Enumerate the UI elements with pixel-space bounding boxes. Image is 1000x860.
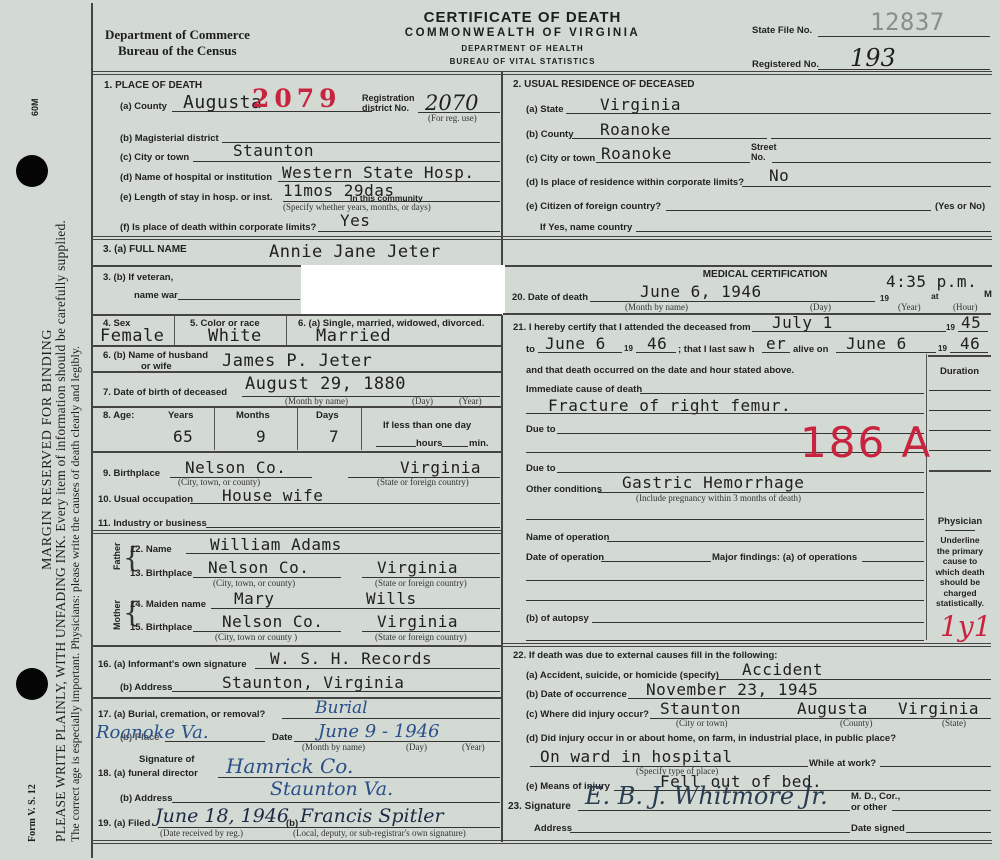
duration-top <box>928 355 991 357</box>
certificate-title: CERTIFICATE OF DEATH <box>370 9 675 26</box>
years-label: Years <box>168 410 193 421</box>
age-months-field[interactable]: 9 <box>256 427 266 446</box>
birthplace-label: 9. Birthplace <box>103 468 160 479</box>
attended-to-year[interactable]: 46 <box>647 334 667 353</box>
alive-on-label: alive on <box>793 344 828 355</box>
filed-date-field[interactable]: June 18, 1946 <box>155 805 289 827</box>
place-type-field[interactable]: On ward in hospital <box>540 747 733 766</box>
res-city-label: (c) City or town <box>526 153 595 164</box>
sep-race <box>286 315 287 345</box>
certifier-signature-field[interactable]: E. B. J. Whitmore Jr. <box>585 782 828 810</box>
mother-maiden-label: 14. Maiden name <box>130 599 206 610</box>
father-bp-city-field[interactable]: Nelson Co. <box>208 558 309 577</box>
certifier-signature-label: 23. Signature <box>508 801 571 812</box>
mother-tag: Mother <box>112 600 122 630</box>
father-name-label: 12. Name <box>130 544 172 555</box>
reg-district-field[interactable]: 2070 <box>425 91 478 115</box>
occupation-field[interactable]: House wife <box>222 486 323 505</box>
mother-bp-state-field[interactable]: Virginia <box>377 612 458 631</box>
column-divider <box>501 72 503 842</box>
last-seen-field[interactable]: June 6 <box>846 334 907 353</box>
year-note: (Year) <box>898 302 921 312</box>
informant-address-label: (b) Address <box>120 682 172 693</box>
injury-city-note: (City or town) <box>676 718 728 728</box>
injury-city-field[interactable]: Staunton <box>660 699 741 718</box>
dept-commerce: Department of Commerce <box>105 27 250 43</box>
min-label: min. <box>469 438 489 449</box>
certify-label: 21. I hereby certify that I attended the… <box>513 322 751 333</box>
month-note: (Month by name) <box>625 302 688 312</box>
death-city-field[interactable]: Staunton <box>233 141 314 160</box>
res-county-label: (b) County <box>526 129 574 140</box>
mother-last-field[interactable]: Wills <box>366 589 417 608</box>
industry-label: 11. Industry or business <box>98 518 207 529</box>
day-note: (Day) <box>810 302 831 312</box>
registered-number: 193 <box>850 44 896 72</box>
res-corporate-field[interactable]: No <box>769 166 789 185</box>
filed-label: 19. (a) Filed <box>98 818 150 829</box>
attended-to-field[interactable]: June 6 <box>545 334 606 353</box>
burial-type-label: 17. (a) Burial, cremation, or removal? <box>98 709 265 720</box>
divider-645 <box>92 645 502 647</box>
print-code: 60M <box>30 98 40 116</box>
burial-day-note: (Day) <box>406 742 427 752</box>
dob-label: 7. Date of birth of deceased <box>103 387 227 398</box>
injury-state-field[interactable]: Virginia <box>898 699 979 718</box>
citizen-label: (e) Citizen of foreign country? <box>526 201 661 212</box>
bottom-border <box>92 840 992 844</box>
funeral-director-field[interactable]: Hamrick Co. <box>226 754 353 778</box>
to-label: to <box>526 344 535 355</box>
funeral-director-label: 18. (a) funeral director <box>98 768 198 779</box>
burial-place-field[interactable]: Roanoke Va. <box>96 722 209 743</box>
redacted-area <box>301 265 505 315</box>
occurred-label: and that death occurred on the date and … <box>526 365 794 376</box>
injury-county-note: (County) <box>840 718 873 728</box>
instruction-line-1: PLEASE WRITE PLAINLY, WITH UNFADING INK.… <box>53 220 69 842</box>
m-label: M <box>984 289 992 300</box>
res-state-field[interactable]: Virginia <box>600 95 681 114</box>
physician-label: Physician <box>928 516 992 527</box>
father-name-field[interactable]: William Adams <box>210 535 342 554</box>
informant-label: 16. (a) Informant's own signature <box>98 659 246 670</box>
sep-days <box>361 408 362 450</box>
age-years-field[interactable]: 65 <box>173 427 193 446</box>
mother-first-field[interactable]: Mary <box>234 589 275 608</box>
city-label: (c) City or town <box>120 152 189 163</box>
attended-from-field[interactable]: July 1 <box>772 313 833 332</box>
burial-date-label: Date <box>272 732 293 743</box>
to-19: 19 <box>624 344 633 353</box>
birthplace-city-field[interactable]: Nelson Co. <box>185 458 286 477</box>
months-label: Months <box>236 410 270 421</box>
divider-697 <box>92 697 502 699</box>
attended-from-year[interactable]: 45 <box>961 313 981 332</box>
hospital-label: (d) Name of hospital or institution <box>120 172 272 183</box>
funeral-address-label: (b) Address <box>120 793 172 804</box>
dob-day-note: (Day) <box>412 396 433 406</box>
underline-note: Underline the primary cause to which dea… <box>928 535 992 609</box>
divider-530 <box>92 530 502 534</box>
father-bp-label: 13. Birthplace <box>130 568 192 579</box>
divider-left-314 <box>92 314 502 316</box>
date-of-death-label: 20. Date of death <box>512 292 588 303</box>
mother-bp-label: 15. Birthplace <box>130 622 192 633</box>
punch-hole-bottom <box>16 668 48 700</box>
father-tag: Father <box>112 542 122 570</box>
physician-mark: 1y1 <box>940 610 991 643</box>
informant-field[interactable]: W. S. H. Records <box>270 649 432 668</box>
last-saw-label: ; that I last saw h <box>678 344 755 355</box>
cause-code-stamp: 186 A <box>800 418 932 467</box>
from-19: 19 <box>946 323 955 332</box>
birthplace-state-note: (State or foreign country) <box>377 477 469 487</box>
residence-heading: 2. USUAL RESIDENCE OF DECEASED <box>513 79 695 90</box>
reg-district-label: Registrationdistrict No. <box>362 93 415 113</box>
registrar-signature-field[interactable]: Francis Spitler <box>300 805 444 827</box>
war-label: name war <box>134 290 178 301</box>
res-state-label: (a) State <box>526 104 563 115</box>
veteran-label: 3. (b) If veteran, <box>103 272 173 283</box>
last-seen-year[interactable]: 46 <box>960 334 980 353</box>
magisterial-label: (b) Magisterial district <box>120 133 219 144</box>
op-date-label: Date of operation <box>526 552 604 563</box>
divider-name <box>92 265 992 267</box>
full-name-label: 3. (a) FULL NAME <box>103 244 187 255</box>
registered-label: Registered No. <box>752 59 819 70</box>
dob-year-note: (Year) <box>459 396 482 406</box>
external-causes-heading: 22. If death was due to external causes … <box>513 650 777 661</box>
burial-type-field[interactable]: Burial <box>315 698 368 718</box>
due-to-label-2: Due to <box>526 463 556 474</box>
immediate-cause-label: Immediate cause of death <box>526 384 642 395</box>
age-days-field[interactable]: 7 <box>329 427 339 446</box>
dob-month-note: (Month by name) <box>285 396 348 406</box>
department-health: DEPARTMENT OF HEALTH <box>400 44 645 53</box>
header-divider <box>92 71 992 75</box>
funeral-sig-label: Signature of <box>139 754 194 765</box>
filed-date-note: (Date received by reg.) <box>160 828 243 838</box>
spouse-label: 6. (b) Name of husbandor wife <box>103 350 208 372</box>
mother-bp-city-field[interactable]: Nelson Co. <box>222 612 323 631</box>
county-label: (a) County <box>120 101 167 112</box>
reg-use-note: (For reg. use) <box>428 113 477 123</box>
age-label: 8. Age: <box>103 410 134 421</box>
race-field[interactable]: White <box>208 326 262 346</box>
res-corporate-label: (d) Is place of residence within corpora… <box>526 177 744 188</box>
sex-field[interactable]: Female <box>100 326 164 346</box>
state-file-label: State File No. <box>752 25 812 36</box>
corporate-limits-field[interactable]: Yes <box>340 211 370 230</box>
at-work-label: While at work? <box>809 758 876 769</box>
death-certificate: MARGIN RESERVED FOR BINDING PLEASE WRITE… <box>0 0 1000 860</box>
other-conditions-field[interactable]: Gastric Hemorrhage <box>622 473 804 492</box>
father-bp-state-field[interactable]: Virginia <box>377 558 458 577</box>
country-label: If Yes, name country <box>540 222 632 233</box>
medical-cert-heading: MEDICAL CERTIFICATION <box>700 269 830 280</box>
form-number: Form V. S. 12 <box>27 784 38 842</box>
res-county-field[interactable]: Roanoke <box>600 120 671 139</box>
pregnancy-note: (Include pregnancy within 3 months of de… <box>636 493 801 503</box>
burial-date-field[interactable]: June 9 - 1946 <box>318 721 440 742</box>
autopsy-label: (b) of autopsy <box>526 613 589 624</box>
death-county-field[interactable]: Augusta <box>183 92 262 113</box>
injury-county-field[interactable]: Augusta <box>797 699 868 718</box>
occurrence-date-field[interactable]: November 23, 1945 <box>646 680 818 699</box>
dob-field[interactable]: August 29, 1880 <box>245 374 406 394</box>
where-injury-label: (c) Where did injury occur? <box>526 709 649 720</box>
duration-column-divider <box>926 354 927 640</box>
hours-label: hours <box>416 438 442 449</box>
alive-19: 19 <box>938 344 947 353</box>
street-label: StreetNo. <box>751 142 777 162</box>
due-to-label-1: Due to <box>526 424 556 435</box>
date-signed-label: Date signed <box>851 823 905 834</box>
less-day-label: If less than one day <box>383 420 471 431</box>
burial-year-note: (Year) <box>462 742 485 752</box>
mother-state-note: (State or foreign country) <box>375 632 467 642</box>
commonwealth-title: COMMONWEALTH OF VIRGINIA <box>360 27 685 39</box>
hour-note: (Hour) <box>953 302 978 312</box>
divider-right-313 <box>503 313 991 315</box>
corporate-limits-label: (f) Is place of death within corporate l… <box>120 222 316 233</box>
stay-label: (e) Length of stay in hosp. or inst. <box>120 192 273 203</box>
findings-label: Major findings: (a) of operations <box>712 552 857 563</box>
duration-label: Duration <box>940 366 979 377</box>
place-type-label: (d) Did injury occur in or about home, o… <box>526 733 896 744</box>
pronoun-field[interactable]: er <box>766 334 786 353</box>
date-of-death-field[interactable]: June 6, 1946 <box>640 282 762 301</box>
operation-label: Name of operation <box>526 532 609 543</box>
divider-346 <box>92 345 502 347</box>
divider-451 <box>92 451 502 453</box>
hospital-field[interactable]: Western State Hosp. <box>282 163 475 182</box>
burial-month-note: (Month by name) <box>302 742 365 752</box>
days-label: Days <box>316 410 339 421</box>
punch-hole-top <box>16 155 48 187</box>
father-state-note: (State or foreign country) <box>375 578 467 588</box>
occupation-label: 10. Usual occupation <box>98 494 193 505</box>
sep-months <box>297 408 298 450</box>
mother-city-note: (City, town or county ) <box>215 632 297 642</box>
sep-years <box>214 408 215 450</box>
bureau-vital-statistics: BUREAU OF VITAL STATISTICS <box>400 57 645 66</box>
other-conditions-label: Other conditions <box>526 484 602 495</box>
informant-address-field[interactable]: Staunton, Virginia <box>222 673 404 692</box>
place-of-death-heading: 1. PLACE OF DEATH <box>104 80 202 91</box>
frame-left <box>91 3 93 858</box>
occurrence-date-label: (b) Date of occurrence <box>526 689 627 700</box>
yes-no-note: (Yes or No) <box>935 201 985 212</box>
divider-643 <box>503 643 991 647</box>
at-label: at <box>931 291 939 301</box>
instruction-line-2: The correct age is especially important.… <box>68 346 83 842</box>
manner-field[interactable]: Accident <box>742 660 823 679</box>
state-file-number: 12837 <box>870 8 945 36</box>
bureau-census: Bureau of the Census <box>118 43 237 59</box>
marital-field[interactable]: Married <box>316 326 391 346</box>
birthplace-state-field[interactable]: Virginia <box>400 458 481 477</box>
time-of-death-field[interactable]: 4:35 p.m. <box>886 272 977 291</box>
divider-after-1-2 <box>92 236 992 240</box>
funeral-address-field[interactable]: Staunton Va. <box>270 778 393 800</box>
certifier-address-label: Address <box>534 823 572 834</box>
sep-sex <box>174 315 175 345</box>
res-city-field[interactable]: Roanoke <box>601 144 672 163</box>
registrar-note: (Local, deputy, or sub-registrar's own s… <box>293 828 466 838</box>
divider-371 <box>92 371 502 373</box>
spouse-field[interactable]: James P. Jeter <box>222 351 372 371</box>
full-name-field[interactable]: Annie Jane Jeter <box>269 242 441 262</box>
registration-stamp: 2079 <box>252 84 342 113</box>
father-city-note: (City, town, or county) <box>213 578 295 588</box>
injury-state-note: (State) <box>942 718 966 728</box>
year-prefix: 19 <box>880 294 889 303</box>
